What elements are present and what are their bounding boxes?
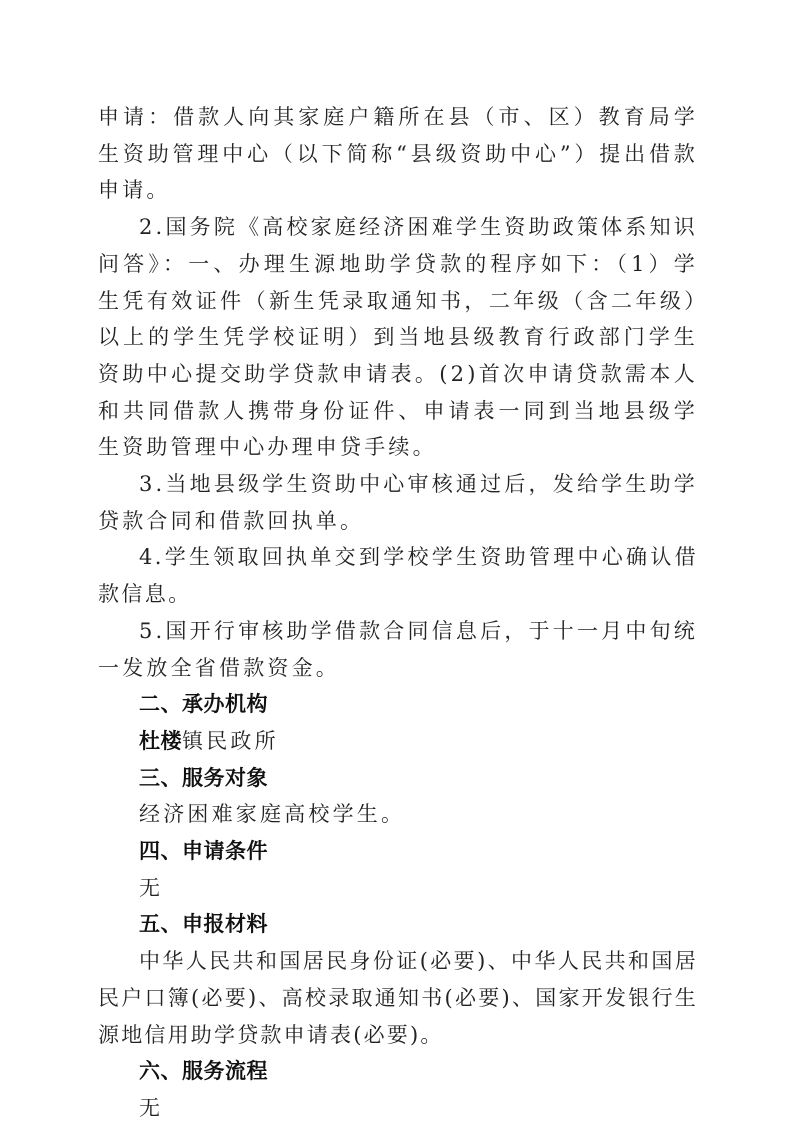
service-target-text: 经济困难家庭高校学生。 xyxy=(98,796,698,833)
document-page: 申请：借款人向其家庭户籍所在县（市、区）教育局学生资助管理中心（以下简称“县级资… xyxy=(98,99,698,1122)
conditions-text: 无 xyxy=(98,870,698,907)
organizer-name: 杜楼镇民政所 xyxy=(98,723,698,760)
paragraph-application: 申请：借款人向其家庭户籍所在县（市、区）教育局学生资助管理中心（以下简称“县级资… xyxy=(98,99,698,209)
paragraph-procedure-5: 5.国开行审核助学借款合同信息后，于十一月中旬统一发放全省借款资金。 xyxy=(98,613,698,686)
section-heading-materials: 五、申报材料 xyxy=(98,906,698,943)
section-heading-service-target: 三、服务对象 xyxy=(98,760,698,797)
section-heading-conditions: 四、申请条件 xyxy=(98,833,698,870)
paragraph-procedure-3: 3.当地县级学生资助中心审核通过后，发给学生助学贷款合同和借款回执单。 xyxy=(98,466,698,539)
section-heading-organizer: 二、承办机构 xyxy=(98,686,698,723)
paragraph-procedure-2: 2.国务院《高校家庭经济困难学生资助政策体系知识问答》：一、办理生源地助学贷款的… xyxy=(98,209,698,466)
paragraph-procedure-4: 4.学生领取回执单交到学校学生资助管理中心确认借款信息。 xyxy=(98,539,698,612)
organizer-name-bold: 杜楼 xyxy=(139,729,182,753)
materials-text: 中华人民共和国居民身份证(必要)、中华人民共和国居民户口簿(必要)、高校录取通知… xyxy=(98,943,698,1053)
section-heading-process: 六、服务流程 xyxy=(98,1053,698,1090)
process-text: 无 xyxy=(98,1090,698,1122)
organizer-name-rest: 镇民政所 xyxy=(182,729,279,753)
